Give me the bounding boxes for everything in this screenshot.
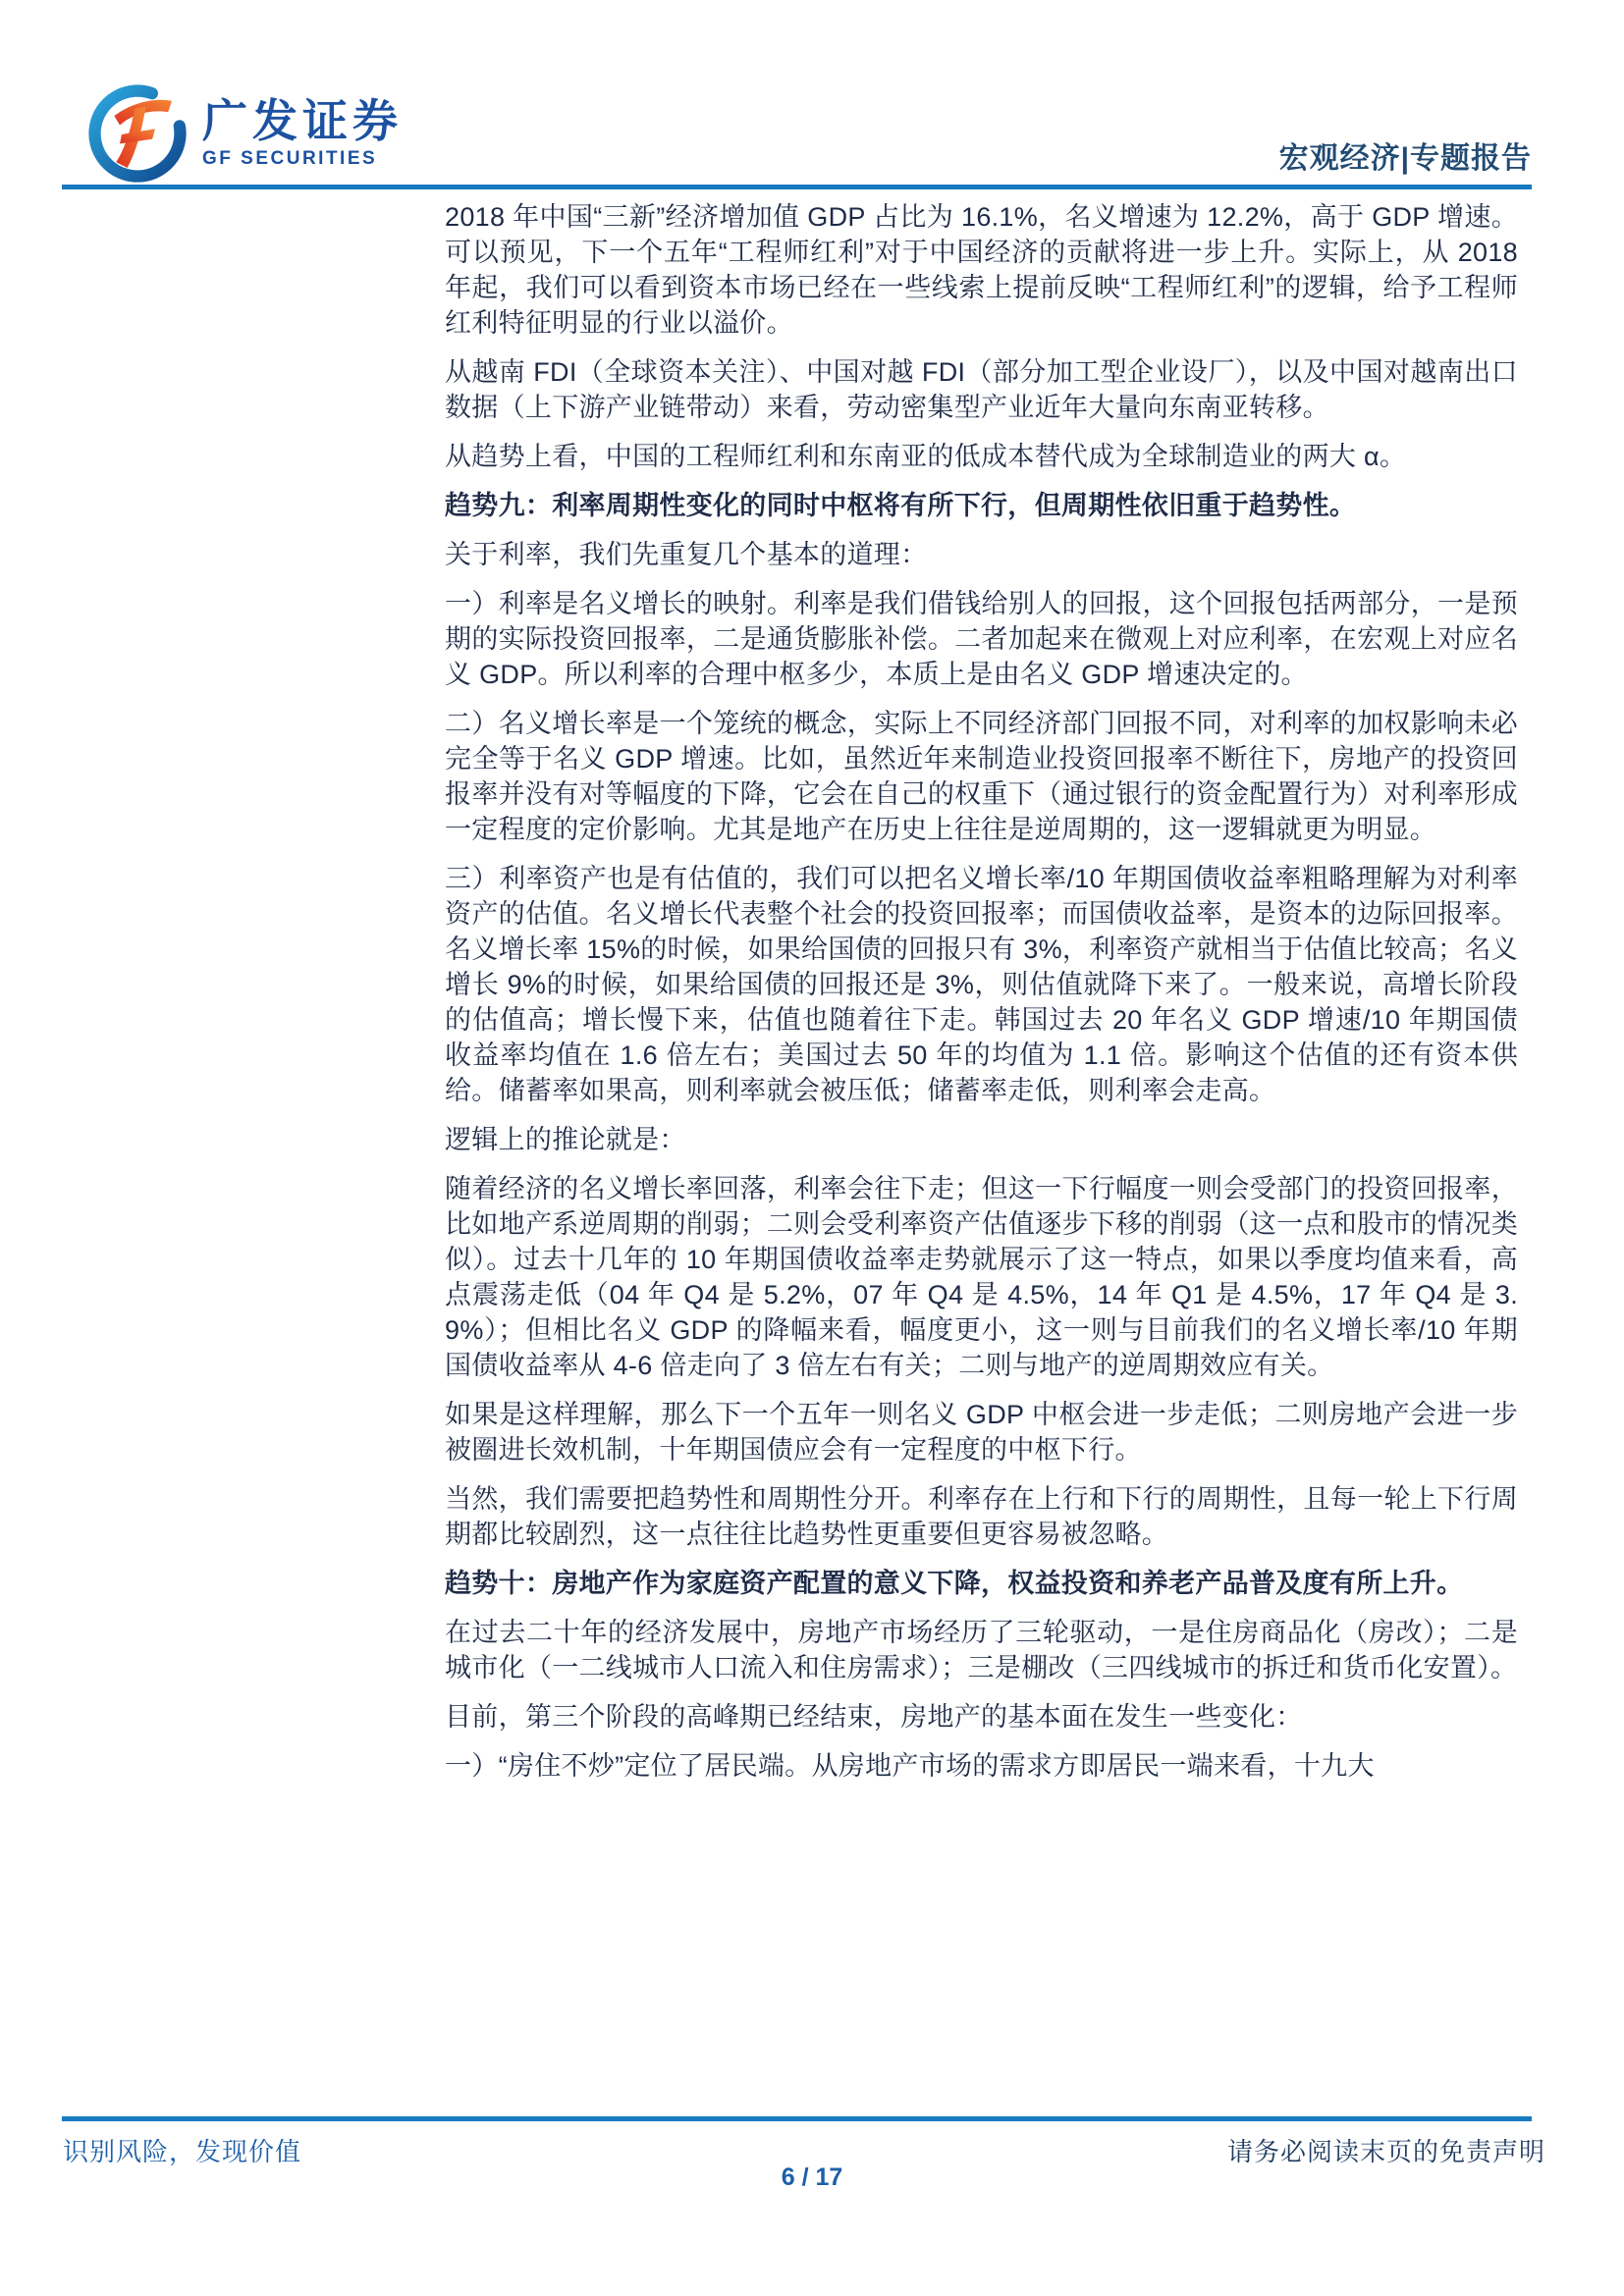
paragraph: 2018 年中国“三新”经济增加值 GDP 占比为 16.1%，名义增速为 12… [445,199,1518,341]
gf-securities-logo: 广发证券 GF SECURITIES [86,82,403,185]
logo-brand-cn: 广发证券 [202,96,403,145]
paragraph: 从越南 FDI（全球资本关注）、中国对越 FDI（部分加工型企业设厂），以及中国… [445,354,1518,425]
paragraph: 从趋势上看，中国的工程师红利和东南亚的低成本替代成为全球制造业的两大 α。 [445,439,1518,474]
paragraph: 目前，第三个阶段的高峰期已经结束，房地产的基本面在发生一些变化： [445,1699,1518,1735]
page-number: 6 / 17 [0,2163,1624,2192]
paragraph: 三）利率资产也是有估值的，我们可以把名义增长率/10 年期国债收益率粗略理解为对… [445,861,1518,1108]
paragraph: 随着经济的名义增长率回落，利率会往下走；但这一下行幅度一则会受部门的投资回报率，… [445,1171,1518,1383]
footer-divider [62,2116,1532,2121]
paragraph: 在过去二十年的经济发展中，房地产市场经历了三轮驱动，一是住房商品化（房改）；二是… [445,1615,1518,1685]
paragraph: 一）利率是名义增长的映射。利率是我们借钱给别人的回报，这个回报包括两部分，一是预… [445,586,1518,692]
report-body: 2018 年中国“三新”经济增加值 GDP 占比为 16.1%，名义增速为 12… [445,199,1518,1797]
report-section-title: 宏观经济|专题报告 [1279,133,1532,177]
paragraph: 逻辑上的推论就是： [445,1122,1518,1157]
header-divider [62,185,1532,189]
paragraph: 当然，我们需要把趋势性和周期性分开。利率存在上行和下行的周期性，且每一轮上下行周… [445,1481,1518,1552]
logo-brand-en: GF SECURITIES [202,147,403,171]
paragraph: 二）名义增长率是一个笼统的概念，实际上不同经济部门回报不同，对利率的加权影响未必… [445,706,1518,847]
paragraph: 关于利率，我们先重复几个基本的道理： [445,537,1518,572]
body-paragraphs: 2018 年中国“三新”经济增加值 GDP 占比为 16.1%，名义增速为 12… [445,199,1518,1784]
logo-text: 广发证券 GF SECURITIES [202,96,403,171]
paragraph: 一）“房住不炒”定位了居民端。从房地产市场的需求方即居民一端来看，十九大 [445,1748,1518,1784]
trend-heading: 趋势九：利率周期性变化的同时中枢将有所下行，但周期性依旧重于趋势性。 [445,488,1518,523]
paragraph: 如果是这样理解，那么下一个五年一则名义 GDP 中枢会进一步走低；二则房地产会进… [445,1397,1518,1468]
gf-logo-icon [86,82,189,185]
report-page: 广发证券 GF SECURITIES 宏观经济|专题报告 2018 年中国“三新… [0,0,1624,2296]
trend-heading: 趋势十：房地产作为家庭资产配置的意义下降，权益投资和养老产品普及度有所上升。 [445,1566,1518,1601]
